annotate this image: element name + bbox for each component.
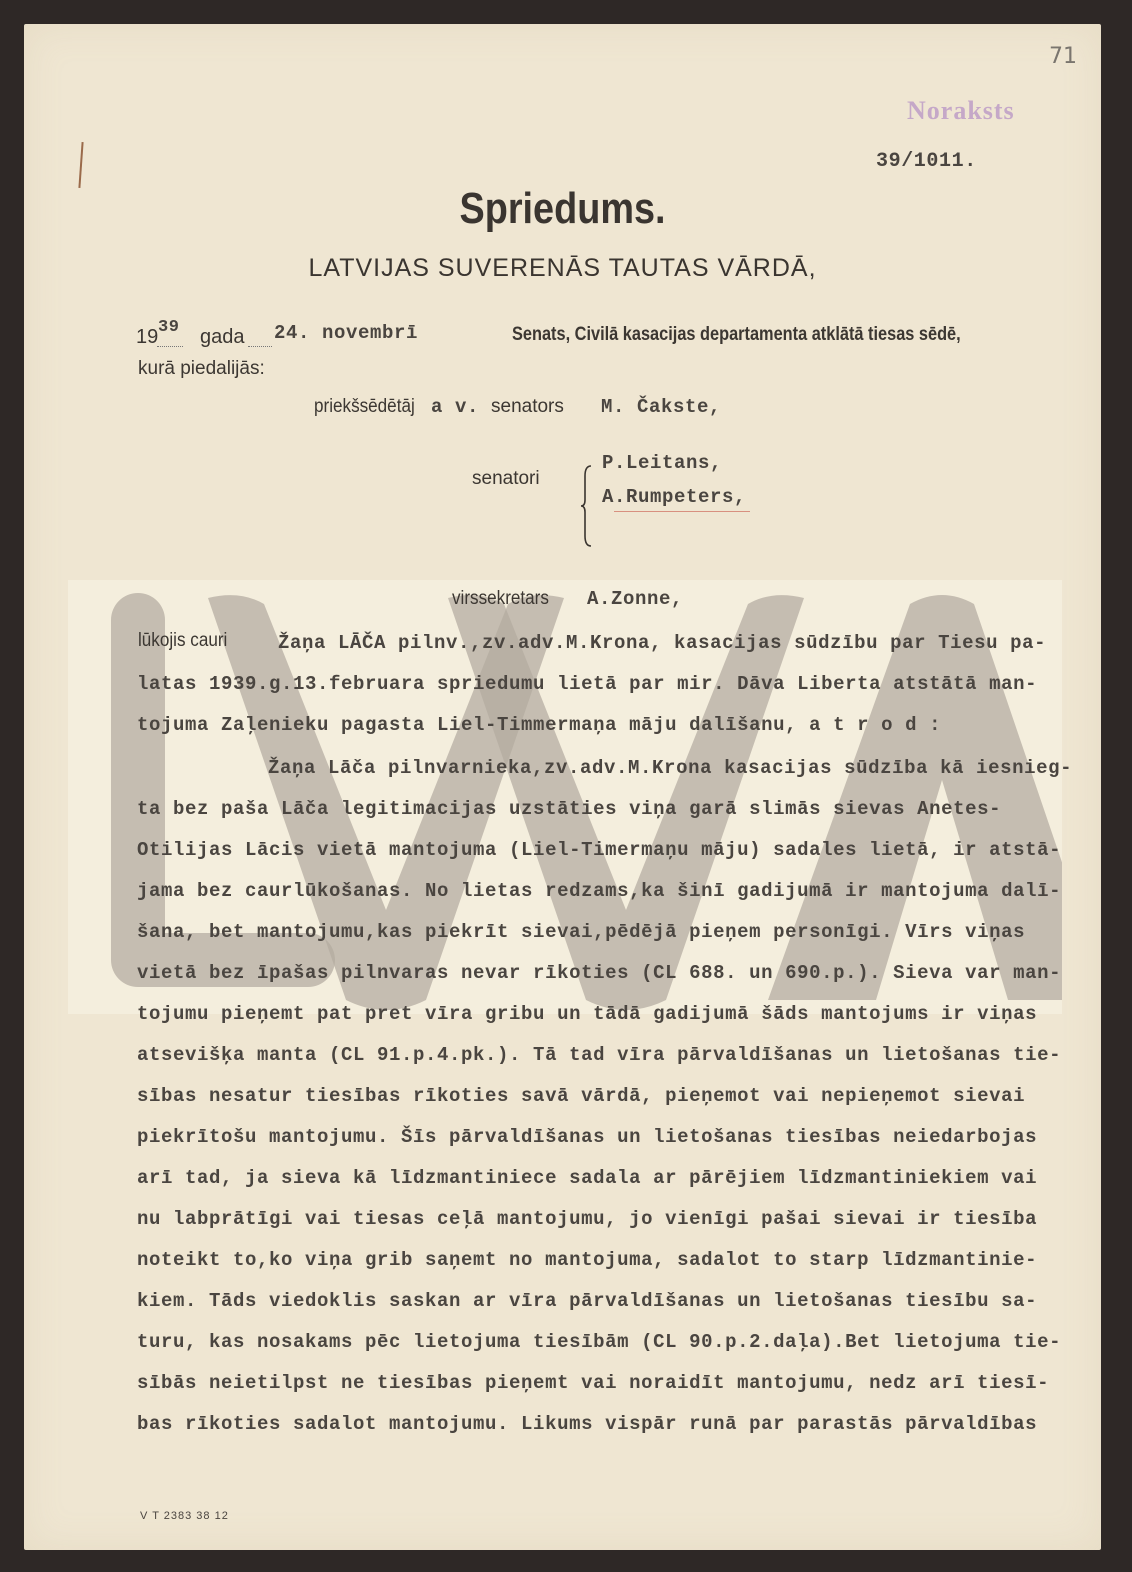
chair-label-typed: a v.	[431, 396, 479, 418]
body-line: Žaņa LĀČA pilnv.,zv.adv.M.Krona, kasacij…	[278, 632, 1046, 654]
senators-label: senatori	[472, 468, 540, 490]
body-line: vietā bez īpašas pilnvaras nevar rīkotie…	[137, 962, 1061, 984]
chair-name: M. Čakste,	[601, 396, 721, 418]
body-line: sībās neietilpst ne tiesības pieņemt vai…	[137, 1372, 1049, 1394]
secretary-name: A.Zonne,	[587, 588, 683, 610]
copy-stamp: Noraksts	[907, 96, 1015, 126]
reviewed-label: lūkojis cauri	[138, 630, 227, 652]
document-title: Spriedums.	[99, 184, 1025, 234]
archive-page-number: 71	[1049, 44, 1077, 69]
court-name: Senats, Civilā kasacijas departamenta at…	[512, 324, 961, 346]
chair-label: priekšsēdētāj	[314, 396, 415, 418]
gada-label: gada	[200, 326, 245, 349]
body-line: ta bez paša Lāča legitimacijas uzstāties…	[137, 798, 1001, 820]
body-line: sības nesatur tiesības rīkoties savā vār…	[137, 1085, 1025, 1107]
year-dots	[157, 346, 183, 347]
body-line: Otilijas Lācis vietā mantojuma (Liel-Tim…	[137, 839, 1061, 861]
body-line: nu labprātīgi vai tiesas ceļā mantojumu,…	[137, 1208, 1037, 1230]
document-page: 71 Noraksts 39/1011. Spriedums. LATVIJAS…	[24, 24, 1101, 1550]
document-number: 39/1011.	[876, 150, 977, 173]
participants-label: kurā piedalijās:	[138, 358, 265, 380]
print-code: V T 2383 38 12	[140, 1510, 229, 1522]
senator-name-2: A.Rumpeters,	[602, 486, 746, 508]
body-line: Žaņa Lāča pilnvarnieka,zv.adv.M.Krona ka…	[268, 757, 1072, 779]
brace-icon	[580, 464, 594, 548]
red-underline	[614, 511, 750, 512]
body-line: noteikt to,ko viņa grib saņemt no mantoj…	[137, 1249, 1037, 1271]
body-line: tojuma Zaļenieku pagasta Liel-Timmermaņa…	[137, 714, 941, 736]
body-line: šana, bet mantojumu,kas piekrīt sievai,p…	[137, 921, 1025, 943]
chair-role: senators	[491, 396, 564, 418]
day-dots	[248, 346, 272, 347]
body-line: turu, kas nosakams pēc lietojuma tiesībā…	[137, 1331, 1061, 1353]
body-line: latas 1939.g.13.februara spriedumu lietā…	[137, 673, 1037, 695]
body-line: arī tad, ja sieva kā līdzmantiniece sada…	[137, 1167, 1037, 1189]
date-year-prefix: 19	[136, 326, 158, 349]
secretary-label: virssekretars	[452, 588, 549, 610]
body-line: bas rīkoties sadalot mantojumu. Likums v…	[137, 1413, 1037, 1435]
date-day-month: 24. novembrī	[274, 322, 418, 344]
date-year-suffix: 39	[158, 318, 180, 337]
senator-name-1: P.Leitans,	[602, 452, 722, 474]
body-line: kiem. Tāds viedoklis saskan ar vīra pārv…	[137, 1290, 1037, 1312]
body-line: tojumu pieņemt pat pret vīra gribu un tā…	[137, 1003, 1037, 1025]
body-line: piekrītošu mantojumu. Šīs pārvaldīšanas …	[137, 1126, 1037, 1148]
document-subtitle: LATVIJAS SUVERENĀS TAUTAS VĀRDĀ,	[24, 254, 1101, 283]
body-line: atsevišķa manta (CL 91.p.4.pk.). Tā tad …	[137, 1044, 1061, 1066]
body-line: jama bez caurlūkošanas. No lietas redzam…	[137, 880, 1061, 902]
pencil-mark	[78, 142, 83, 188]
